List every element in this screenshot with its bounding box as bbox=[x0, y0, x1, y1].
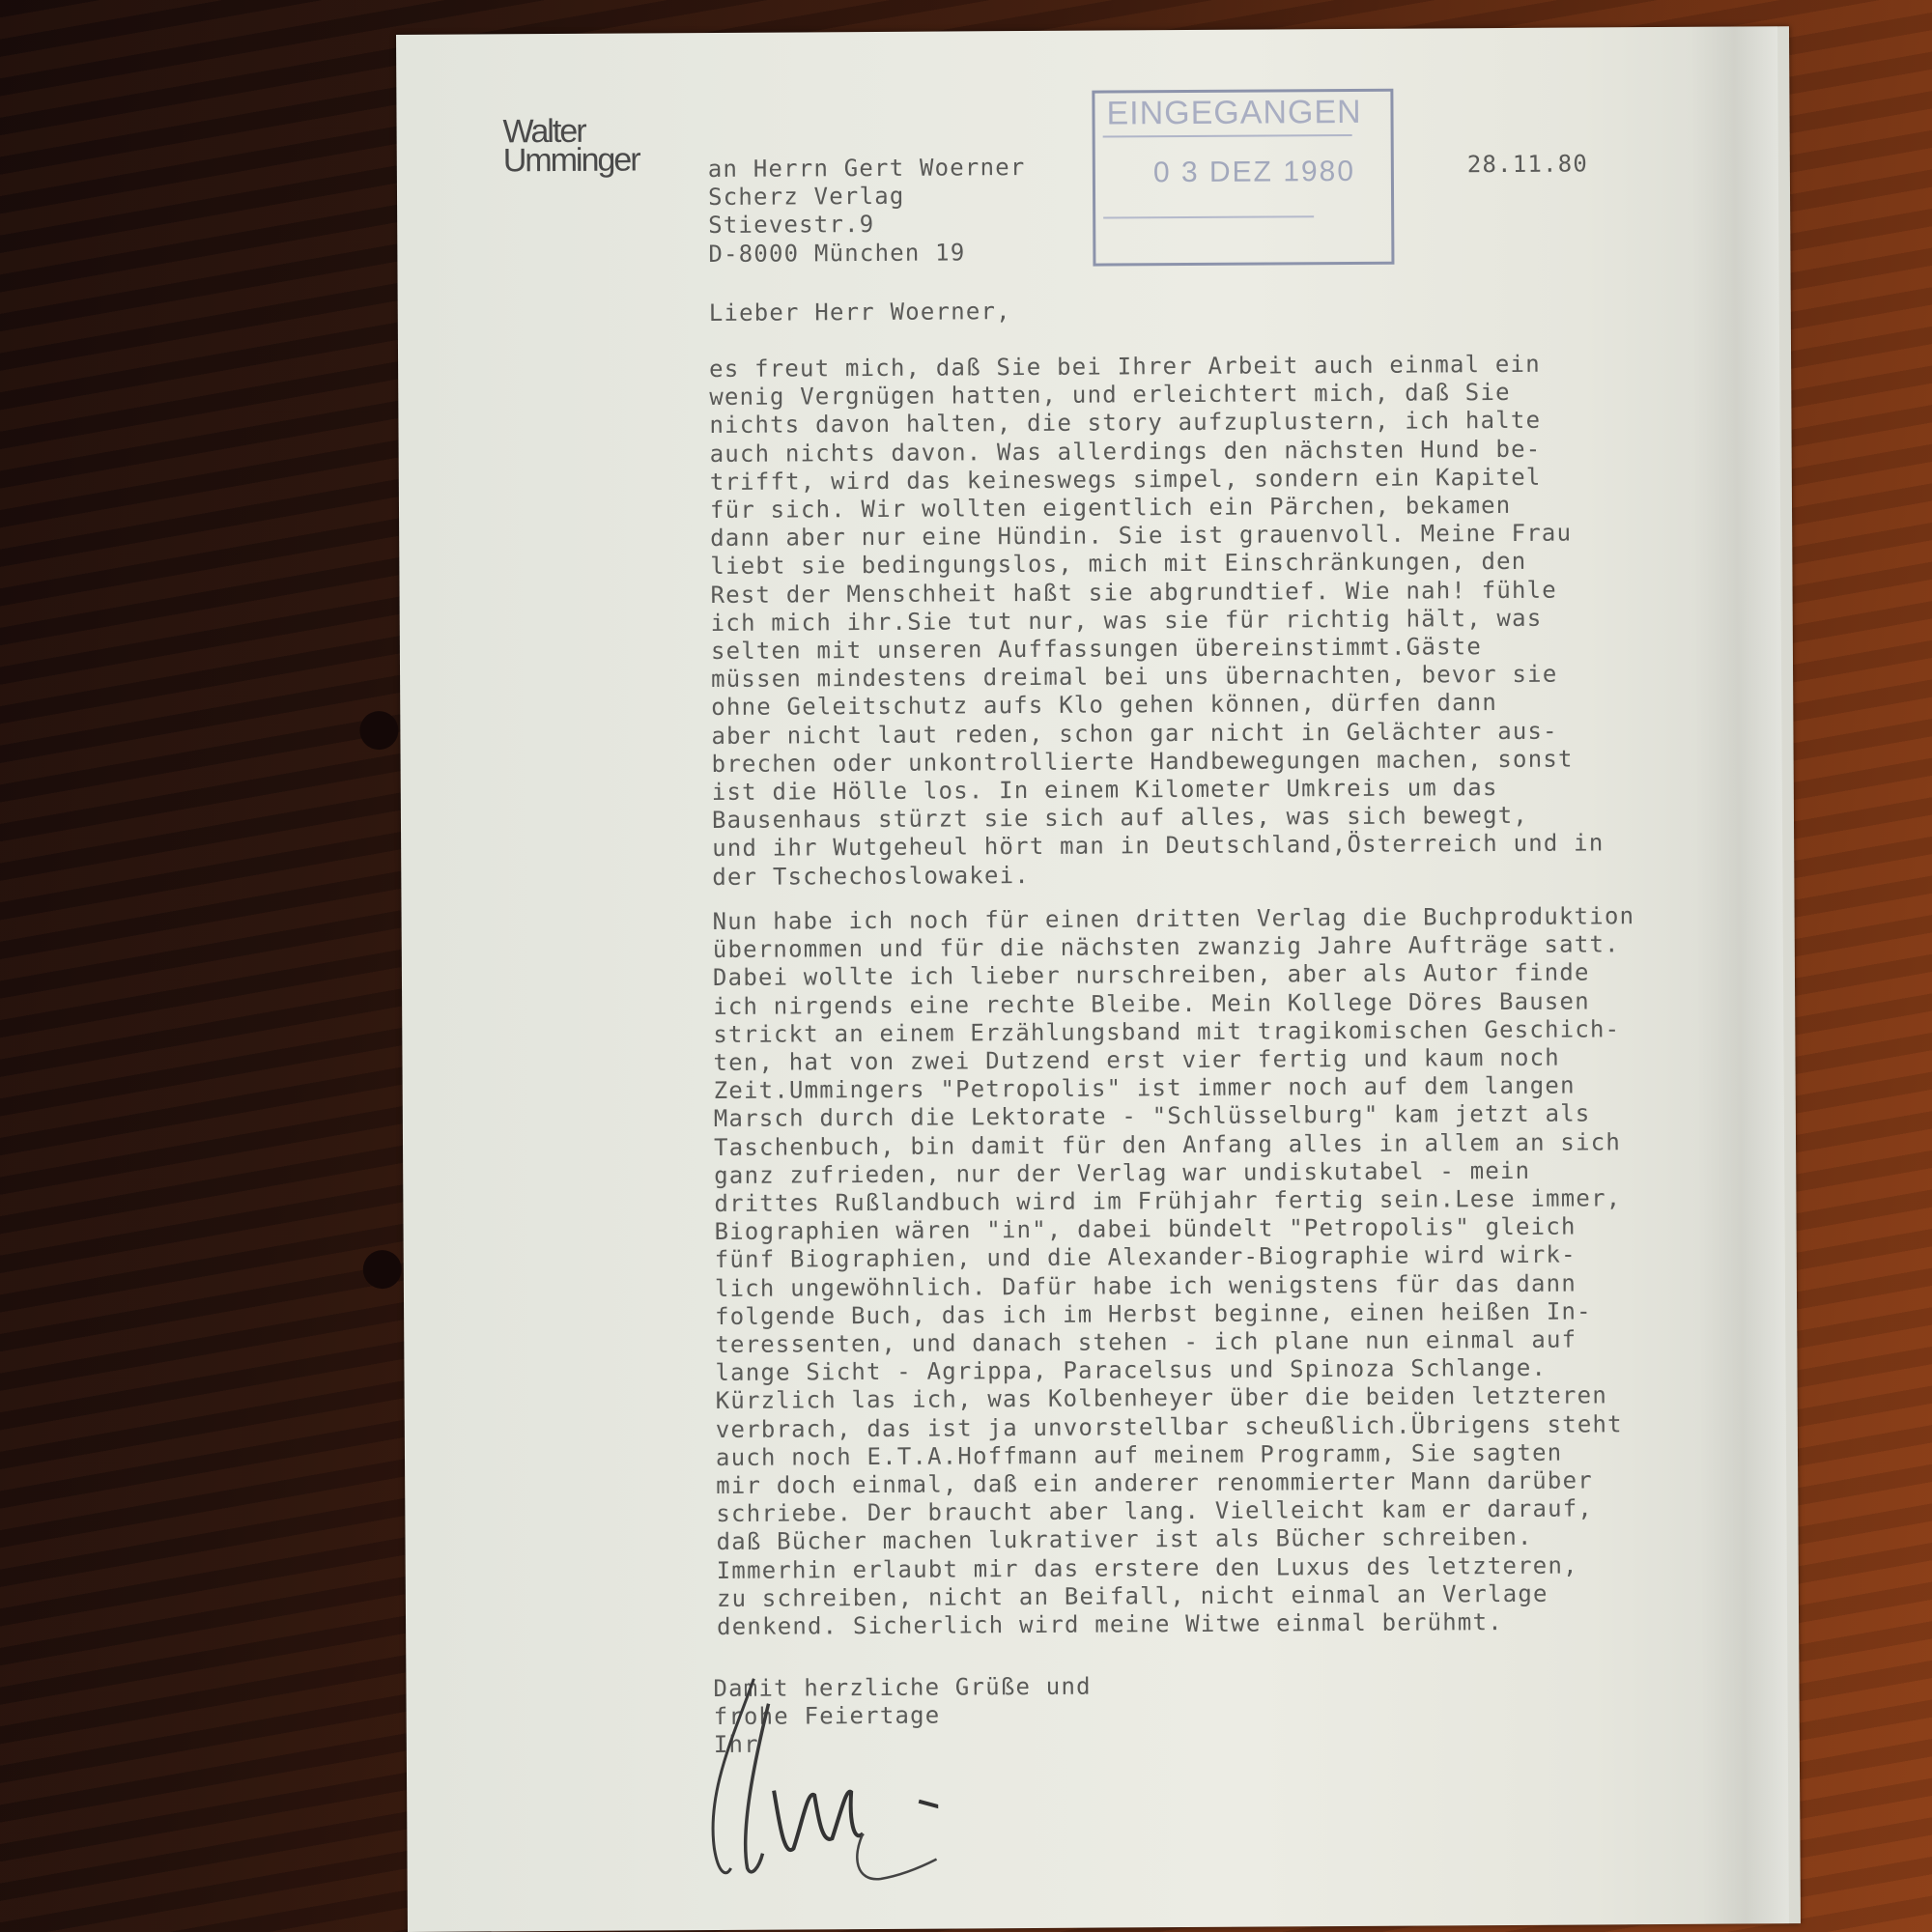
letterhead-logo: Walter Umminger bbox=[503, 116, 639, 175]
body-paragraph-2: Nun habe ich noch für einen dritten Verl… bbox=[713, 902, 1639, 1641]
stamp-divider bbox=[1103, 215, 1314, 218]
handwritten-signature-icon bbox=[686, 1674, 938, 1898]
text-line: D-8000 München 19 bbox=[708, 239, 1026, 269]
paper-fold-shadow bbox=[1690, 26, 1789, 1924]
letter-sheet: Walter Umminger an Herrn Gert WoernerSch… bbox=[396, 26, 1801, 1932]
text-line: denkend. Sicherlich wird meine Witwe ein… bbox=[717, 1607, 1639, 1641]
punch-hole-upper bbox=[359, 711, 398, 750]
text-line: der Tschechoslowakei. bbox=[712, 858, 1604, 892]
recipient-address: an Herrn Gert WoernerScherz VerlagStieve… bbox=[708, 154, 1026, 269]
stamp-date: 0 3 DEZ 1980 bbox=[1153, 156, 1355, 189]
letterhead-last-name: Umminger bbox=[503, 145, 639, 175]
text-line: und ihr Wutgeheul hört man in Deutschlan… bbox=[712, 830, 1604, 864]
body-paragraph-1: es freut mich, daß Sie bei Ihrer Arbeit … bbox=[709, 350, 1605, 891]
received-stamp: EINGEGANGEN 0 3 DEZ 1980 bbox=[1092, 89, 1394, 267]
stamp-title: EINGEGANGEN bbox=[1106, 94, 1361, 133]
punch-hole-lower bbox=[363, 1250, 402, 1289]
text-line: an Herrn Gert Woerner bbox=[708, 154, 1026, 184]
salutation: Lieber Herr Woerner, bbox=[709, 298, 1011, 327]
text-line: Stievestr.9 bbox=[708, 210, 1026, 240]
stamp-divider bbox=[1103, 134, 1352, 138]
text-line: Scherz Verlag bbox=[708, 182, 1026, 212]
letter-date: 28.11.80 bbox=[1467, 150, 1588, 179]
